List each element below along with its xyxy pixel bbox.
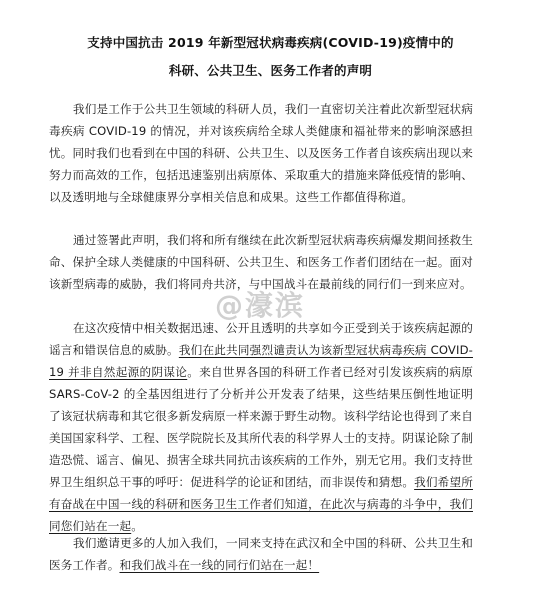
paragraph-1: 我们是工作于公共卫生领域的科研人员，我们一直密切关注着此次新型冠状病毒疾病 CO… bbox=[49, 98, 473, 208]
paragraph-3-text-b: 。来自世界各国的科研工作者已经对引发该疾病的病原 SARS-CoV-2 的全基因… bbox=[49, 365, 473, 489]
document-title-line-2: 科研、公共卫生、医务工作者的声明 bbox=[0, 61, 541, 79]
paragraph-3: 在这次疫情中相关数据迅速、公开且透明的共享如今正受到关于该疾病起源的谣言和错误信… bbox=[49, 317, 473, 537]
document-page: 支持中国抗击 2019 年新型冠状病毒疾病(COVID-19)疫情中的 科研、公… bbox=[0, 0, 541, 614]
paragraph-2: 通过签署此声明，我们将和所有继续在此次新型冠状病毒疾病爆发期间拯救生命、保护全球… bbox=[49, 229, 473, 295]
paragraph-4: 我们邀请更多的人加入我们，一同来支持在武汉和全中国的科研、公共卫生和医务工作者。… bbox=[49, 532, 473, 576]
paragraph-3-text-c: 。 bbox=[131, 519, 143, 533]
paragraph-4-underlined-call: 和我们战斗在一线的同行们站在一起！ bbox=[119, 558, 319, 572]
document-title-line-1: 支持中国抗击 2019 年新型冠状病毒疾病(COVID-19)疫情中的 bbox=[0, 33, 541, 51]
